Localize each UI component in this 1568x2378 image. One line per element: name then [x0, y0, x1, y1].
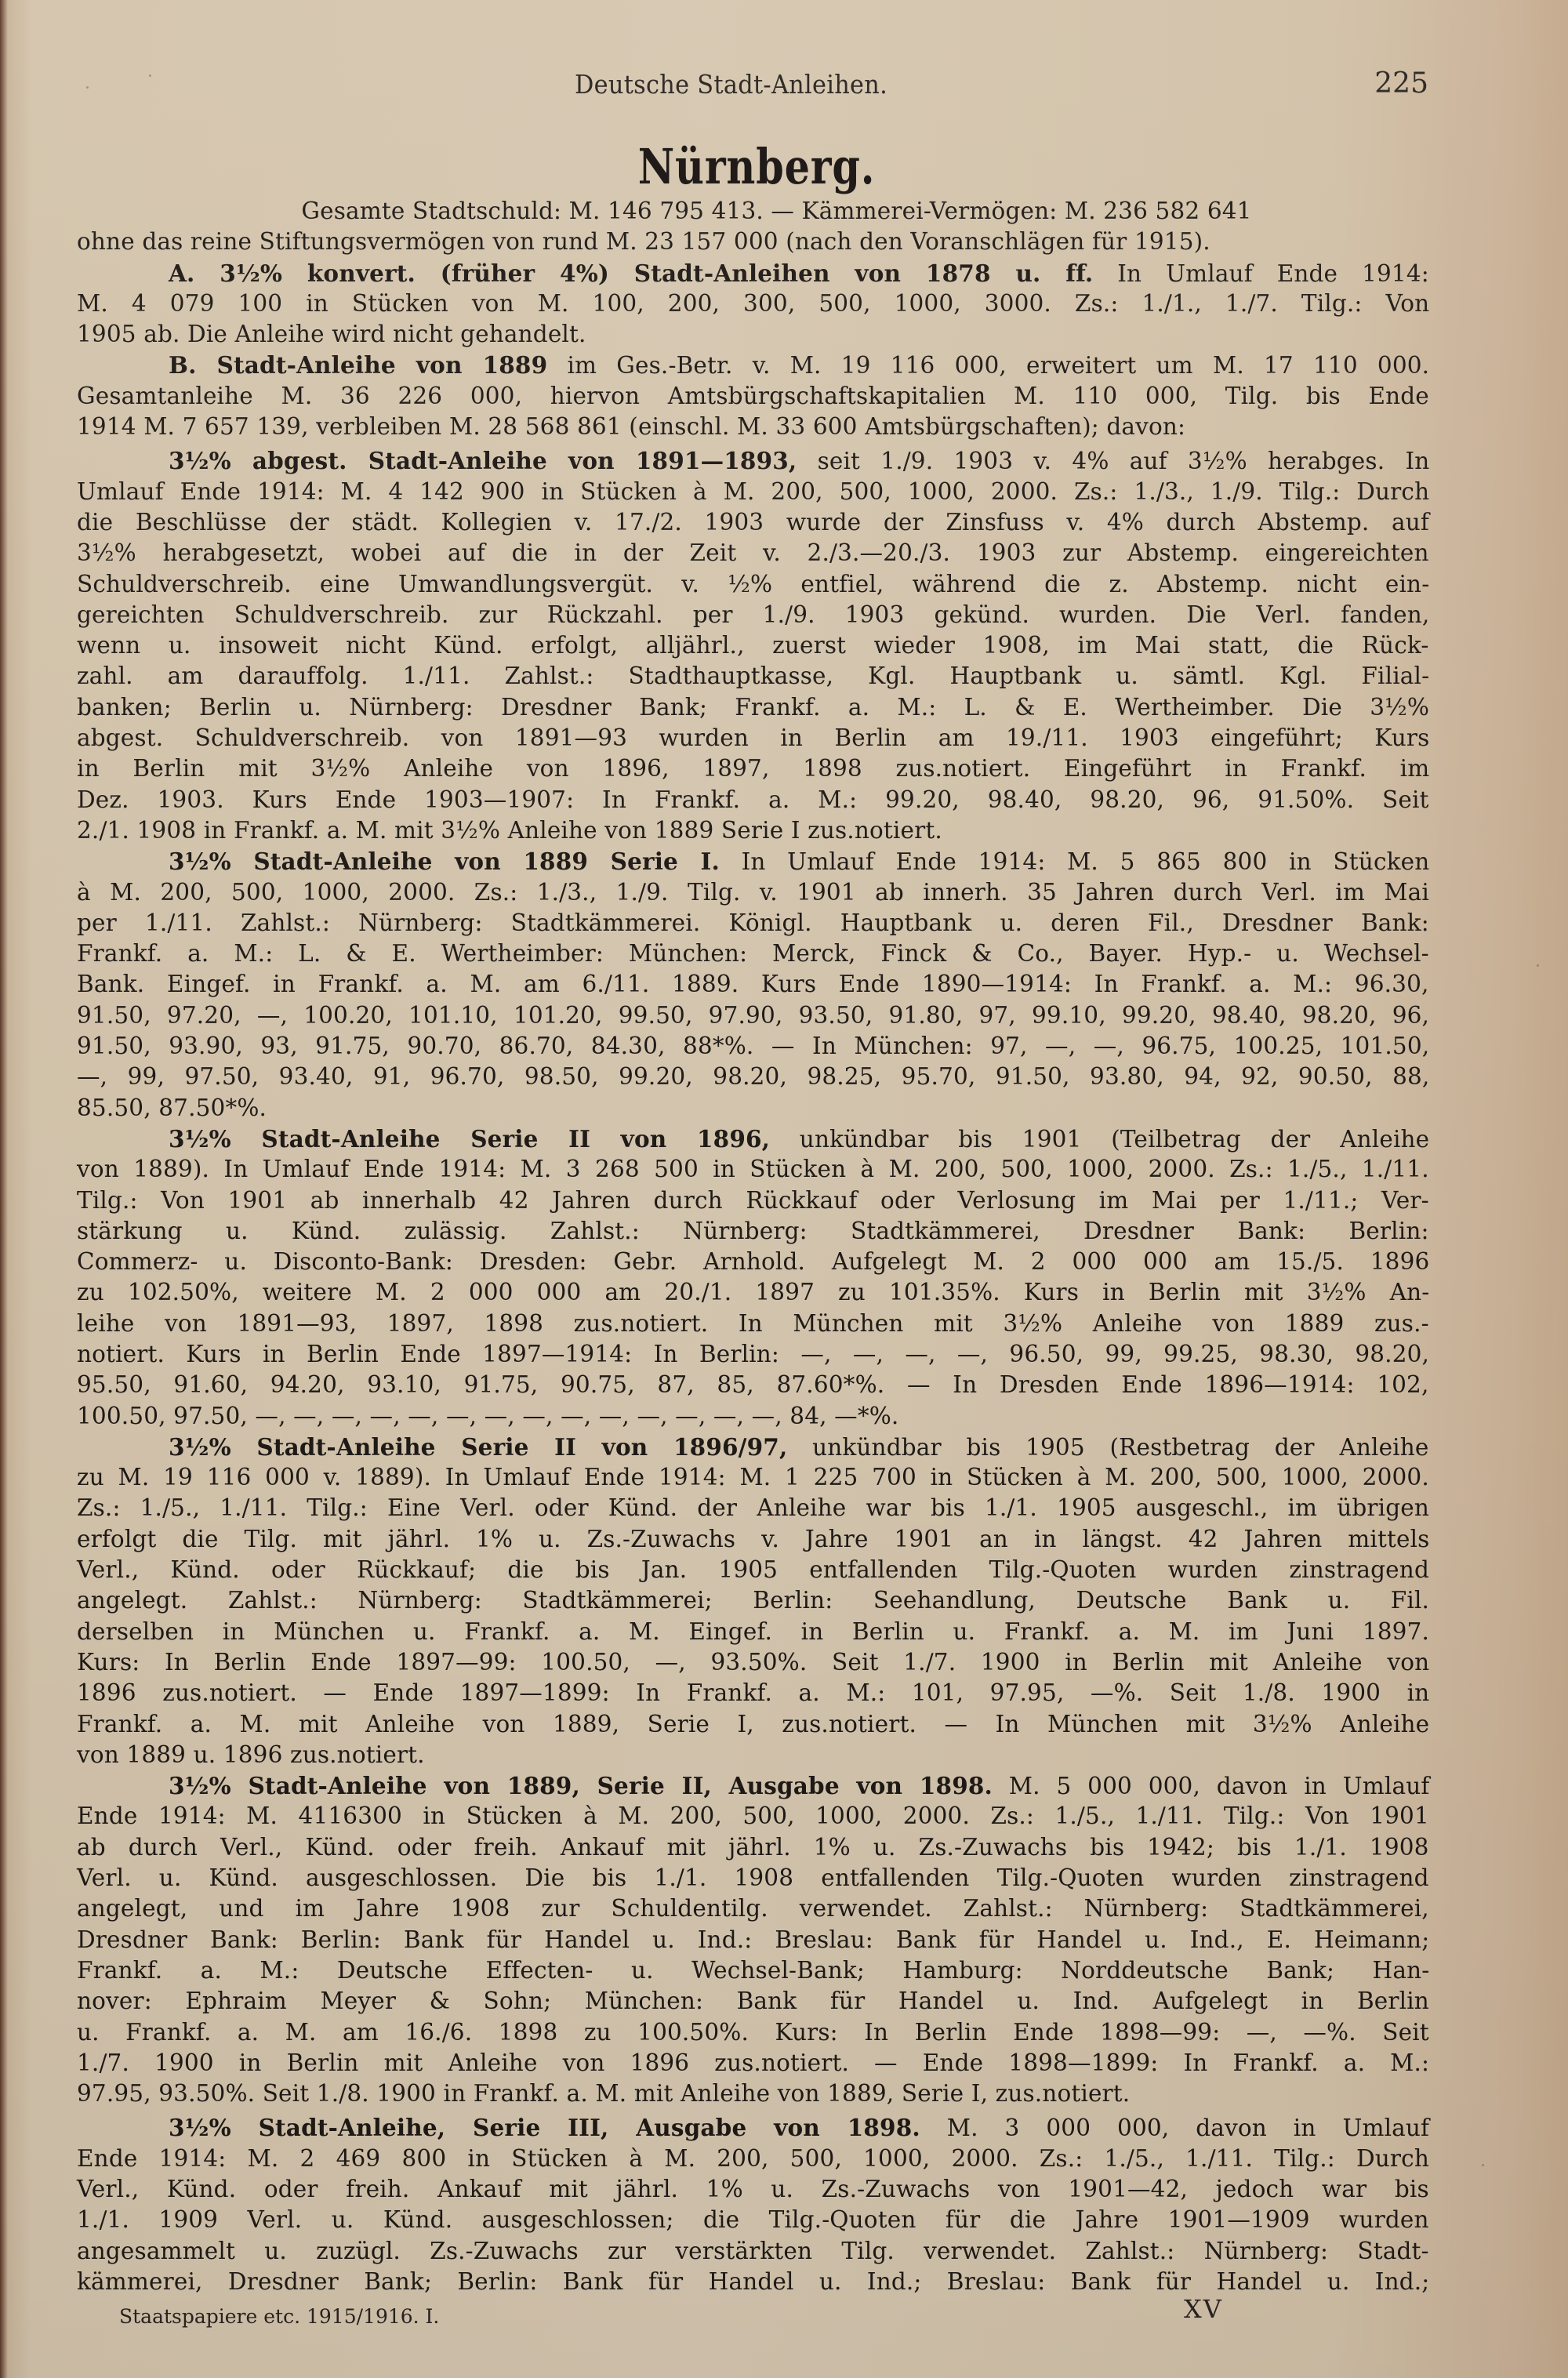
- text-line: erfolgt die Tilg. mit jährl. 1% u. Zs.-Z…: [77, 1524, 1429, 1555]
- text-run: M. 3 000 000, davon in Umlauf: [920, 2115, 1429, 2141]
- text-line: 3½% Stadt-Anleihe Serie II von 1896/97, …: [77, 1432, 1429, 1462]
- text-run: kämmerei, Dresdner Bank; Berlin: Bank fü…: [77, 2268, 1429, 2295]
- text-line: derselben in München u. Frankf. a. M. Ei…: [77, 1617, 1429, 1647]
- body-text: Gesamte Stadtschuld: M. 146 795 413. — K…: [77, 196, 1429, 2297]
- text-line: Gesamtanleihe M. 36 226 000, hiervon Amt…: [77, 381, 1429, 412]
- text-line: 95.50, 91.60, 94.20, 93.10, 91.75, 90.75…: [77, 1370, 1429, 1400]
- text-line: A. 3½% konvert. (früher 4%) Stadt-Anleih…: [77, 258, 1429, 289]
- text-run: leihe von 1891—93, 1897, 1898 zus.notier…: [77, 1310, 1429, 1337]
- text-line: Gesamte Stadtschuld: M. 146 795 413. — K…: [77, 196, 1429, 227]
- text-line: 3½% Stadt-Anleihe von 1889, Serie II, Au…: [77, 1770, 1429, 1801]
- page-number: 225: [1374, 67, 1428, 100]
- text-line: banken; Berlin u. Nürnberg: Dresdner Ban…: [77, 692, 1429, 723]
- text-line: zu M. 19 116 000 v. 1889). In Umlauf End…: [77, 1462, 1429, 1493]
- paper-speck: [149, 74, 151, 77]
- text-run: ohne das reine Stiftungsvermögen von run…: [77, 228, 1210, 255]
- text-run: 2./1. 1908 in Frankf. a. M. mit 3½% Anle…: [77, 817, 942, 844]
- text-line: 1896 zus.notiert. — Ende 1897—1899: In F…: [77, 1678, 1429, 1708]
- footer-sheet-mark: XV: [1184, 2294, 1223, 2324]
- text-run: stärkung u. Künd. zulässig. Zahlst.: Nür…: [77, 1218, 1429, 1244]
- text-run: im Ges.-Betr. v. M. 19 116 000, erweiter…: [547, 352, 1429, 379]
- text-line: angelegt. Zahlst.: Nürnberg: Stadtkämmer…: [77, 1585, 1429, 1616]
- text-run: 97.95, 93.50%. Seit 1./8. 1900 in Frankf…: [77, 2080, 1130, 2107]
- text-line: 1./7. 1900 in Berlin mit Anleihe von 189…: [77, 2048, 1429, 2078]
- text-line: von 1889 u. 1896 zus.notiert.: [77, 1740, 1429, 1770]
- text-run: die Beschlüsse der städt. Kollegien v. 1…: [77, 509, 1429, 536]
- text-line: Dresdner Bank: Berlin: Bank für Handel u…: [77, 1925, 1429, 1955]
- loan-heading: 3½% Stadt-Anleihe Serie II von 1896,: [169, 1125, 770, 1153]
- text-run: 85.50, 87.50*%.: [77, 1095, 267, 1121]
- section-title: Nürnberg.: [136, 138, 1377, 195]
- text-line: Frankf. a. M.: Deutsche Effecten- u. Wec…: [77, 1955, 1429, 1986]
- text-run: notiert. Kurs in Berlin Ende 1897—1914: …: [77, 1341, 1429, 1367]
- loan-heading: 3½% Stadt-Anleihe, Serie III, Ausgabe vo…: [169, 2114, 920, 2141]
- text-run: gereichten Schuldverschreib. zur Rückzah…: [77, 601, 1429, 628]
- text-line: angelegt, und im Jahre 1908 zur Schulden…: [77, 1893, 1429, 1924]
- text-line: Bank. Eingef. in Frankf. a. M. am 6./11.…: [77, 969, 1429, 1000]
- text-run: M. 5 000 000, davon in Umlauf: [993, 1773, 1429, 1799]
- text-run: Frankf. a. M. mit Anleihe von 1889, Seri…: [77, 1711, 1429, 1737]
- text-line: 91.50, 97.20, —, 100.20, 101.10, 101.20,…: [77, 1000, 1429, 1031]
- text-line: nover: Ephraim Meyer & Sohn; München: Ba…: [77, 1986, 1429, 2017]
- text-line: leihe von 1891—93, 1897, 1898 zus.notier…: [77, 1309, 1429, 1339]
- loan-heading: 3½% abgest. Stadt-Anleihe von 1891—1893,: [169, 447, 797, 474]
- text-run: von 1889). In Umlauf Ende 1914: M. 3 268…: [77, 1156, 1429, 1182]
- text-run: 1./7. 1900 in Berlin mit Anleihe von 189…: [77, 2049, 1429, 2076]
- text-line: B. Stadt-Anleihe von 1889 im Ges.-Betr. …: [77, 350, 1429, 380]
- text-line: stärkung u. Künd. zulässig. Zahlst.: Nür…: [77, 1216, 1429, 1247]
- text-run: seit 1./9. 1903 v. 4% auf 3½% herabges. …: [797, 448, 1429, 474]
- text-line: 3½% abgest. Stadt-Anleihe von 1891—1893,…: [77, 445, 1429, 476]
- text-line: kämmerei, Dresdner Bank; Berlin: Bank fü…: [77, 2267, 1429, 2297]
- text-run: Ende 1914: M. 4116300 in Stücken à M. 20…: [77, 1803, 1429, 1829]
- text-run: angesammelt u. zuzügl. Zs.-Zuwachs zur v…: [77, 2238, 1429, 2264]
- text-line: Schuldverschreib. eine Umwandlungsvergüt…: [77, 569, 1429, 600]
- text-line: 1914 M. 7 657 139, verbleiben M. 28 568 …: [77, 412, 1429, 442]
- text-line: Tilg.: Von 1901 ab innerhalb 42 Jahren d…: [77, 1185, 1429, 1216]
- text-line: Ende 1914: M. 2 469 800 in Stücken à M. …: [77, 2144, 1429, 2174]
- text-line: zu 102.50%, weitere M. 2 000 000 am 20./…: [77, 1277, 1429, 1308]
- text-run: Tilg.: Von 1901 ab innerhalb 42 Jahren d…: [77, 1187, 1429, 1214]
- paper-speck: [1537, 964, 1539, 967]
- running-head: Deutsche Stadt-Anleihen.: [575, 69, 887, 100]
- text-line: von 1889). In Umlauf Ende 1914: M. 3 268…: [77, 1154, 1429, 1185]
- text-line: Dez. 1903. Kurs Ende 1903—1907: In Frank…: [77, 785, 1429, 815]
- text-run: Frankf. a. M.: L. & E. Wertheimber: Münc…: [77, 940, 1429, 967]
- text-run: Ende 1914: M. 2 469 800 in Stücken à M. …: [77, 2145, 1429, 2172]
- text-run: à M. 200, 500, 1000, 2000. Zs.: 1./3., 1…: [77, 879, 1429, 906]
- text-run: 3½% herabgesetzt, wobei auf die in der Z…: [77, 539, 1429, 566]
- text-run: 1905 ab. Die Anleihe wird nicht gehandel…: [77, 321, 586, 347]
- text-line: —, 99, 97.50, 93.40, 91, 96.70, 98.50, 9…: [77, 1062, 1429, 1092]
- paper-speck: [1482, 2164, 1484, 2166]
- text-run: 91.50, 97.20, —, 100.20, 101.10, 101.20,…: [77, 1002, 1429, 1029]
- text-line: u. Frankf. a. M. am 16./6. 1898 zu 100.5…: [77, 2017, 1429, 2048]
- text-run: 1./1. 1909 Verl. u. Künd. ausgeschlossen…: [77, 2206, 1429, 2233]
- book-page: Deutsche Stadt-Anleihen. 225 Nürnberg. G…: [0, 0, 1568, 2378]
- text-run: in Berlin mit 3½% Anleihe von 1896, 1897…: [77, 755, 1429, 782]
- text-line: Commerz- u. Disconto-Bank: Dresden: Gebr…: [77, 1247, 1429, 1277]
- text-run: Kurs: In Berlin Ende 1897—99: 100.50, —,…: [77, 1649, 1429, 1675]
- text-run: banken; Berlin u. Nürnberg: Dresdner Ban…: [77, 694, 1429, 721]
- text-run: zu M. 19 116 000 v. 1889). In Umlauf End…: [77, 1464, 1429, 1490]
- text-line: 3½% herabgesetzt, wobei auf die in der Z…: [77, 538, 1429, 568]
- text-run: 100.50, 97.50, —, —, —, —, —, —, —, —, —…: [77, 1403, 898, 1429]
- text-run: Dresdner Bank: Berlin: Bank für Handel u…: [77, 1926, 1429, 1953]
- text-run: Frankf. a. M.: Deutsche Effecten- u. Wec…: [77, 1957, 1429, 1984]
- text-run: zahl. am darauffolg. 1./11. Zahlst.: Sta…: [77, 663, 1429, 689]
- text-line: gereichten Schuldverschreib. zur Rückzah…: [77, 600, 1429, 630]
- text-line: Verl., Künd. oder freih. Ankauf mit jähr…: [77, 2174, 1429, 2205]
- footer-signature: Staatspapiere etc. 1915/1916. I.: [119, 2305, 439, 2328]
- text-line: 91.50, 93.90, 93, 91.75, 90.70, 86.70, 8…: [77, 1031, 1429, 1062]
- text-run: unkündbar bis 1905 (Restbetrag der Anlei…: [787, 1434, 1428, 1461]
- text-line: ohne das reine Stiftungsvermögen von run…: [77, 227, 1429, 257]
- text-line: wenn u. insoweit nicht Künd. erfolgt, al…: [77, 630, 1429, 661]
- text-line: 2./1. 1908 in Frankf. a. M. mit 3½% Anle…: [77, 815, 1429, 846]
- text-run: —, 99, 97.50, 93.40, 91, 96.70, 98.50, 9…: [77, 1063, 1429, 1090]
- text-run: Verl., Künd. oder freih. Ankauf mit jähr…: [77, 2176, 1429, 2202]
- text-run: 91.50, 93.90, 93, 91.75, 90.70, 86.70, 8…: [77, 1033, 1429, 1059]
- text-run: Gesamtanleihe M. 36 226 000, hiervon Amt…: [77, 383, 1429, 409]
- text-run: von 1889 u. 1896 zus.notiert.: [77, 1741, 425, 1768]
- text-run: 1914 M. 7 657 139, verbleiben M. 28 568 …: [77, 413, 1185, 440]
- loan-heading: 3½% Stadt-Anleihe Serie II von 1896/97,: [169, 1433, 787, 1461]
- text-line: Verl. u. Künd. ausgeschlossen. Die bis 1…: [77, 1863, 1429, 1893]
- text-line: Umlauf Ende 1914: M. 4 142 900 in Stücke…: [77, 477, 1429, 507]
- text-line: Verl., Künd. oder Rückkauf; die bis Jan.…: [77, 1555, 1429, 1585]
- text-run: nover: Ephraim Meyer & Sohn; München: Ba…: [77, 1988, 1429, 2014]
- loan-heading: A. 3½% konvert. (früher 4%) Stadt-Anleih…: [169, 260, 1093, 287]
- text-run: Umlauf Ende 1914: M. 4 142 900 in Stücke…: [77, 478, 1429, 505]
- text-run: In Umlauf Ende 1914: M. 5 865 800 in Stü…: [720, 848, 1430, 875]
- text-line: angesammelt u. zuzügl. Zs.-Zuwachs zur v…: [77, 2236, 1429, 2267]
- text-run: Bank. Eingef. in Frankf. a. M. am 6./11.…: [77, 971, 1429, 997]
- text-run: unkündbar bis 1901 (Teilbetrag der Anlei…: [770, 1126, 1429, 1153]
- text-line: ab durch Verl., Künd. oder freih. Ankauf…: [77, 1832, 1429, 1863]
- text-run: per 1./11. Zahlst.: Nürnberg: Stadtkämme…: [77, 909, 1429, 936]
- text-run: Verl. u. Künd. ausgeschlossen. Die bis 1…: [77, 1864, 1429, 1891]
- text-run: ab durch Verl., Künd. oder freih. Ankauf…: [77, 1834, 1429, 1861]
- text-line: per 1./11. Zahlst.: Nürnberg: Stadtkämme…: [77, 908, 1429, 938]
- text-line: 3½% Stadt-Anleihe von 1889 Serie I. In U…: [77, 846, 1429, 877]
- text-line: M. 4 079 100 in Stücken von M. 100, 200,…: [77, 289, 1429, 319]
- text-line: Frankf. a. M.: L. & E. Wertheimber: Münc…: [77, 938, 1429, 969]
- text-run: zu 102.50%, weitere M. 2 000 000 am 20./…: [77, 1279, 1429, 1305]
- paper-speck: [86, 86, 89, 89]
- text-line: 97.95, 93.50%. Seit 1./8. 1900 in Frankf…: [77, 2078, 1429, 2109]
- text-run: erfolgt die Tilg. mit jährl. 1% u. Zs.-Z…: [77, 1526, 1429, 1552]
- text-line: 3½% Stadt-Anleihe, Serie III, Ausgabe vo…: [77, 2112, 1429, 2143]
- text-line: die Beschlüsse der städt. Kollegien v. 1…: [77, 507, 1429, 538]
- text-line: in Berlin mit 3½% Anleihe von 1896, 1897…: [77, 753, 1429, 784]
- text-run: abgest. Schuldverschreib. von 1891—93 wu…: [77, 724, 1429, 751]
- loan-heading: 3½% Stadt-Anleihe von 1889, Serie II, Au…: [169, 1772, 993, 1799]
- text-run: Zs.: 1./5., 1./11. Tilg.: Eine Verl. ode…: [77, 1494, 1429, 1521]
- text-line: Kurs: In Berlin Ende 1897—99: 100.50, —,…: [77, 1647, 1429, 1678]
- text-line: Ende 1914: M. 4116300 in Stücken à M. 20…: [77, 1801, 1429, 1832]
- text-line: 1./1. 1909 Verl. u. Künd. ausgeschlossen…: [77, 2205, 1429, 2235]
- text-run: Dez. 1903. Kurs Ende 1903—1907: In Frank…: [77, 786, 1429, 813]
- text-run: Commerz- u. Disconto-Bank: Dresden: Gebr…: [77, 1248, 1429, 1275]
- text-run: Gesamte Stadtschuld: M. 146 795 413. — K…: [301, 198, 1251, 224]
- text-run: M. 4 079 100 in Stücken von M. 100, 200,…: [77, 290, 1429, 317]
- text-line: à M. 200, 500, 1000, 2000. Zs.: 1./3., 1…: [77, 877, 1429, 908]
- text-run: Schuldverschreib. eine Umwandlungsvergüt…: [77, 571, 1429, 597]
- loan-heading: B. Stadt-Anleihe von 1889: [169, 351, 547, 379]
- text-run: u. Frankf. a. M. am 16./6. 1898 zu 100.5…: [77, 2019, 1429, 2046]
- loan-heading: 3½% Stadt-Anleihe von 1889 Serie I.: [169, 848, 720, 875]
- text-line: abgest. Schuldverschreib. von 1891—93 wu…: [77, 723, 1429, 753]
- text-run: In Umlauf Ende 1914:: [1093, 260, 1429, 287]
- text-run: angelegt. Zahlst.: Nürnberg: Stadtkämmer…: [77, 1587, 1429, 1614]
- text-run: angelegt, und im Jahre 1908 zur Schulden…: [77, 1895, 1429, 1922]
- text-line: 1905 ab. Die Anleihe wird nicht gehandel…: [77, 319, 1429, 350]
- text-run: 1896 zus.notiert. — Ende 1897—1899: In F…: [77, 1679, 1429, 1706]
- text-run: 95.50, 91.60, 94.20, 93.10, 91.75, 90.75…: [77, 1371, 1429, 1398]
- text-run: derselben in München u. Frankf. a. M. Ei…: [77, 1618, 1429, 1645]
- text-line: Zs.: 1./5., 1./11. Tilg.: Eine Verl. ode…: [77, 1493, 1429, 1523]
- text-line: 3½% Stadt-Anleihe Serie II von 1896, unk…: [77, 1124, 1429, 1154]
- text-line: 85.50, 87.50*%.: [77, 1093, 1429, 1124]
- text-run: Verl., Künd. oder Rückkauf; die bis Jan.…: [77, 1556, 1429, 1583]
- text-run: wenn u. insoweit nicht Künd. erfolgt, al…: [77, 632, 1429, 659]
- text-line: 100.50, 97.50, —, —, —, —, —, —, —, —, —…: [77, 1401, 1429, 1432]
- text-line: Frankf. a. M. mit Anleihe von 1889, Seri…: [77, 1709, 1429, 1740]
- text-line: zahl. am darauffolg. 1./11. Zahlst.: Sta…: [77, 661, 1429, 692]
- text-line: notiert. Kurs in Berlin Ende 1897—1914: …: [77, 1339, 1429, 1370]
